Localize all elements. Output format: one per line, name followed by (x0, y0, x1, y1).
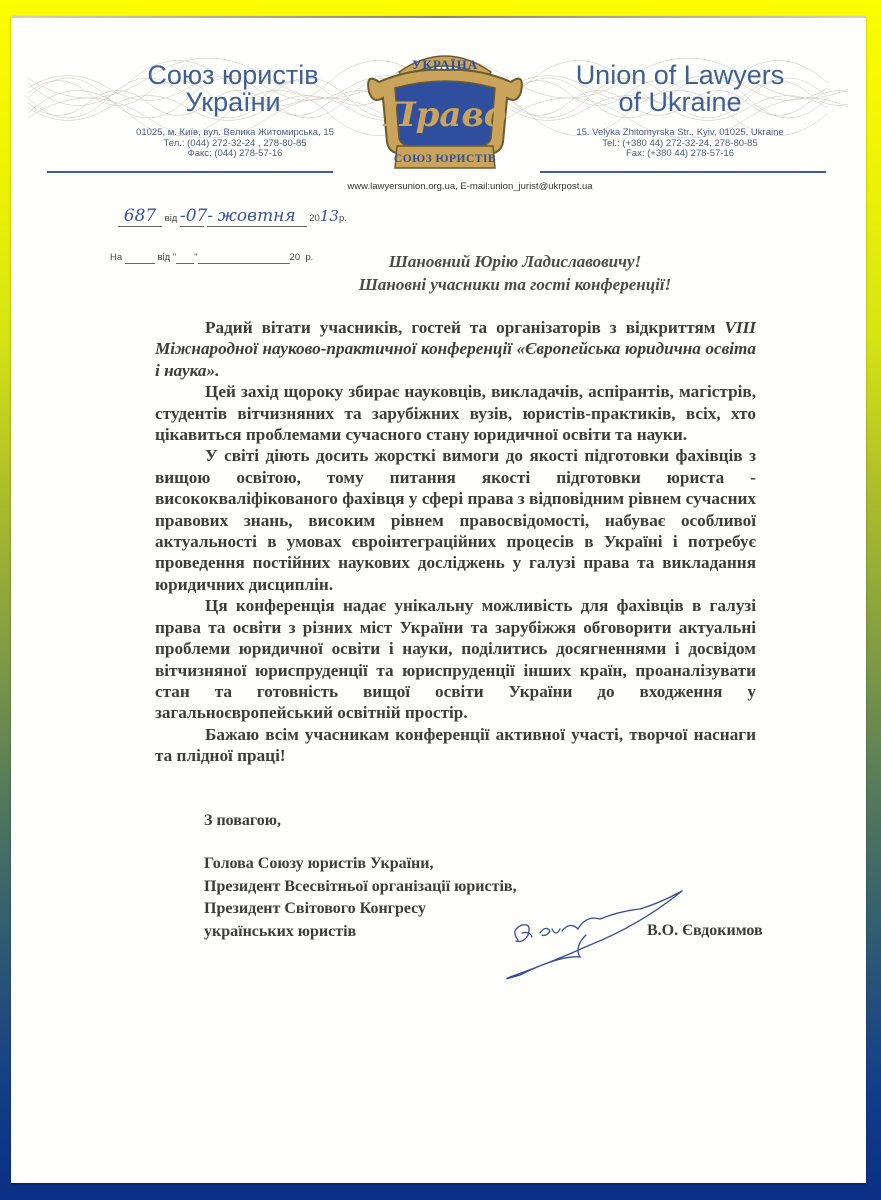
paragraph-1: Радий вітати учасників, гостей та органі… (155, 317, 756, 381)
letter-body: Радий вітати учасників, гостей та органі… (155, 317, 756, 767)
web-email-line: www.lawyersunion.org.ua, E-mail:union_ju… (250, 181, 690, 192)
ref-day: -07- (180, 206, 204, 227)
org-name-en: Union of Lawyers of Ukraine (540, 62, 820, 116)
ref-number: 687 (118, 206, 162, 227)
page-edge (11, 16, 866, 18)
header-divider-left (47, 171, 333, 173)
signatory-name: В.О. Євдокимов (647, 922, 763, 940)
header-divider-right (540, 171, 826, 173)
org-name-ua: Союз юристів України (108, 62, 358, 116)
org-address-ua: 01025, м. Київ, вул. Велика Житомирська,… (110, 128, 360, 160)
paragraph-2: Цей захід щороку збирає науковців, викла… (155, 381, 756, 445)
paragraph-4: Ця конференція надає унікальну можливіст… (155, 595, 756, 723)
ref-year: 13 (320, 207, 339, 225)
svg-text:УКРАЇНА: УКРАЇНА (412, 57, 478, 72)
incoming-reference: На від " " 20 р. (110, 252, 313, 264)
outgoing-reference: 687 від -07- жовтня 2013р. (118, 206, 347, 227)
salutation: Шановний Юрію Ладиславовичу! Шановні уча… (330, 250, 700, 296)
ref-month: жовтня (207, 206, 307, 227)
pravo-emblem-logo: УКРАЇНА Право СОЮЗ ЮРИСТІВ (359, 42, 531, 174)
paragraph-3: У світі діють досить жорсткі вимоги до я… (155, 445, 756, 595)
svg-text:Право: Право (383, 95, 507, 135)
paragraph-5: Бажаю всім учасникам конференції активно… (155, 724, 756, 767)
closing: З повагою, (204, 812, 281, 830)
svg-text:СОЮЗ ЮРИСТІВ: СОЮЗ ЮРИСТІВ (394, 153, 496, 165)
org-address-en: 15. Velyka Zhitomyrska Str., Kyiv, 01025… (545, 128, 815, 160)
